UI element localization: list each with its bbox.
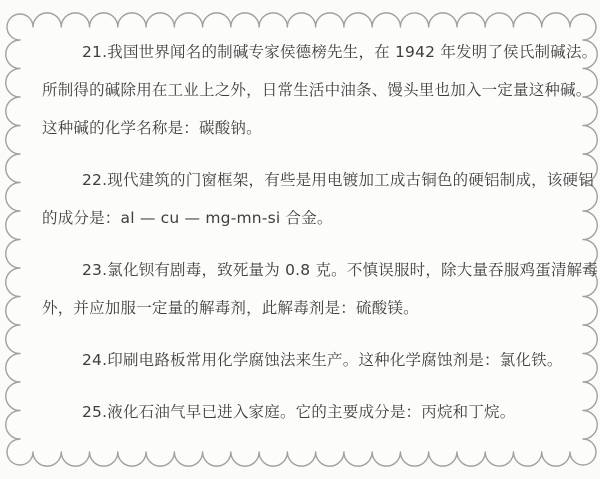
fact-line: 这种碱的化学名称是：碳酸钠。 [42, 109, 562, 147]
fact-line: 的成分是：al — cu — mg-mn-si 合金。 [42, 199, 562, 237]
fact-line: 22.现代建筑的门窗框架，有些是用电镀加工成古铜色的硬铝制成，该硬铝 [42, 161, 562, 199]
fact-line: 所制得的碱除用在工业上之外，日常生活中油条、馒头里也加入一定量这种碱。 [42, 71, 562, 109]
fact-paragraph-24: 24.印刷电路板常用化学腐蚀法来生产。这种化学腐蚀剂是：氯化铁。 [42, 341, 562, 379]
fact-paragraph-22: 22.现代建筑的门窗框架，有些是用电镀加工成古铜色的硬铝制成，该硬铝 的成分是：… [42, 161, 562, 237]
fact-line: 外，并应加服一定量的解毒剂，此解毒剂是：硫酸镁。 [42, 289, 562, 327]
fact-line: 25.液化石油气早已进入家庭。它的主要成分是：丙烷和丁烷。 [42, 393, 562, 431]
fact-paragraph-21: 21.我国世界闻名的制碱专家侯德榜先生，在 1942 年发明了侯氏制碱法。 所制… [42, 33, 562, 147]
quiz-card: 21.我国世界闻名的制碱专家侯德榜先生，在 1942 年发明了侯氏制碱法。 所制… [42, 33, 562, 445]
fact-paragraph-25: 25.液化石油气早已进入家庭。它的主要成分是：丙烷和丁烷。 [42, 393, 562, 431]
fact-line: 21.我国世界闻名的制碱专家侯德榜先生，在 1942 年发明了侯氏制碱法。 [42, 33, 562, 71]
fact-paragraph-23: 23.氯化钡有剧毒，致死量为 0.8 克。不慎误服时，除大量吞服鸡蛋清解毒 外，… [42, 251, 562, 327]
fact-line: 24.印刷电路板常用化学腐蚀法来生产。这种化学腐蚀剂是：氯化铁。 [42, 341, 562, 379]
fact-line: 23.氯化钡有剧毒，致死量为 0.8 克。不慎误服时，除大量吞服鸡蛋清解毒 [42, 251, 562, 289]
